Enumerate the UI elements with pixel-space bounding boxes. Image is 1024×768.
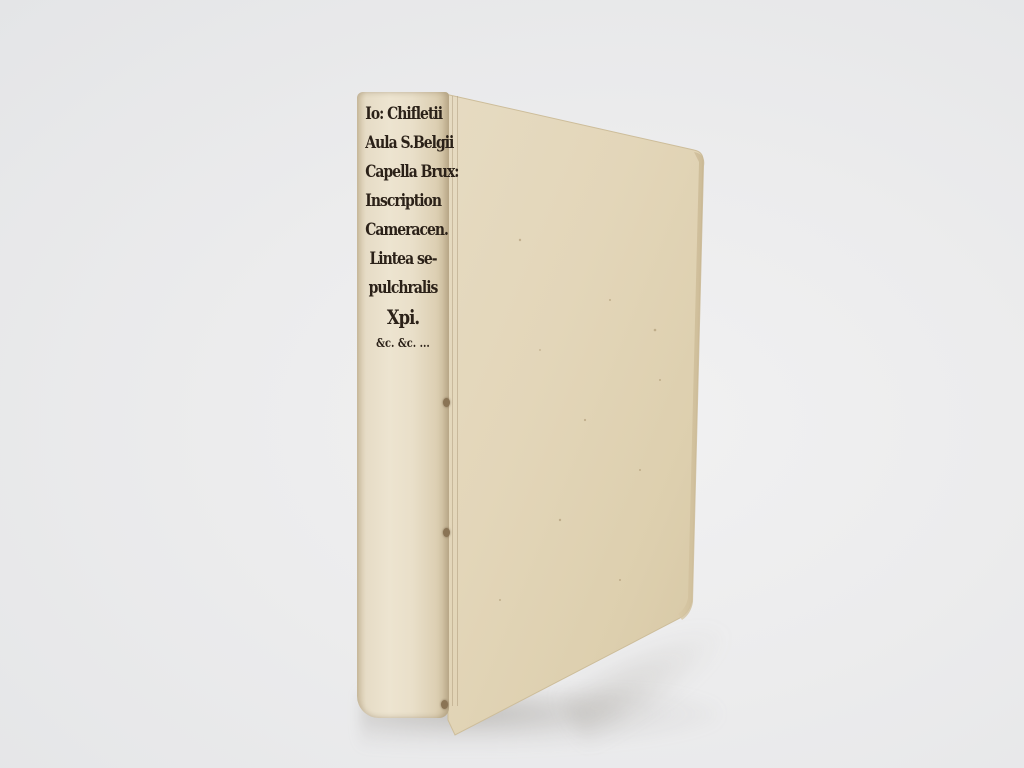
spine-title-line: Aula S.Belgii [365, 129, 440, 158]
tie-knot-icon [443, 398, 450, 407]
tie-knot-icon [441, 700, 448, 709]
product-photo: Io: Chifletii Aula S.Belgii Capella Brux… [0, 0, 1024, 768]
spine-title-line: &c. &c. ... [365, 332, 440, 354]
spine-title-line: pulchralis [365, 274, 440, 303]
book-spine: Io: Chifletii Aula S.Belgii Capella Brux… [357, 92, 449, 718]
spine-title-line: Inscription [365, 187, 440, 216]
book-front-cover [0, 0, 1024, 768]
tie-knot-icon [443, 528, 450, 537]
spine-title: Io: Chifletii Aula S.Belgii Capella Brux… [357, 100, 449, 354]
spine-title-line: Cameracen. [365, 216, 440, 245]
spine-title-line: Capella Brux: [365, 158, 440, 187]
spine-title-line: Lintea se- [365, 245, 440, 274]
spine-title-line: Xpi. [365, 303, 440, 332]
spine-title-line: Io: Chifletii [365, 100, 440, 129]
